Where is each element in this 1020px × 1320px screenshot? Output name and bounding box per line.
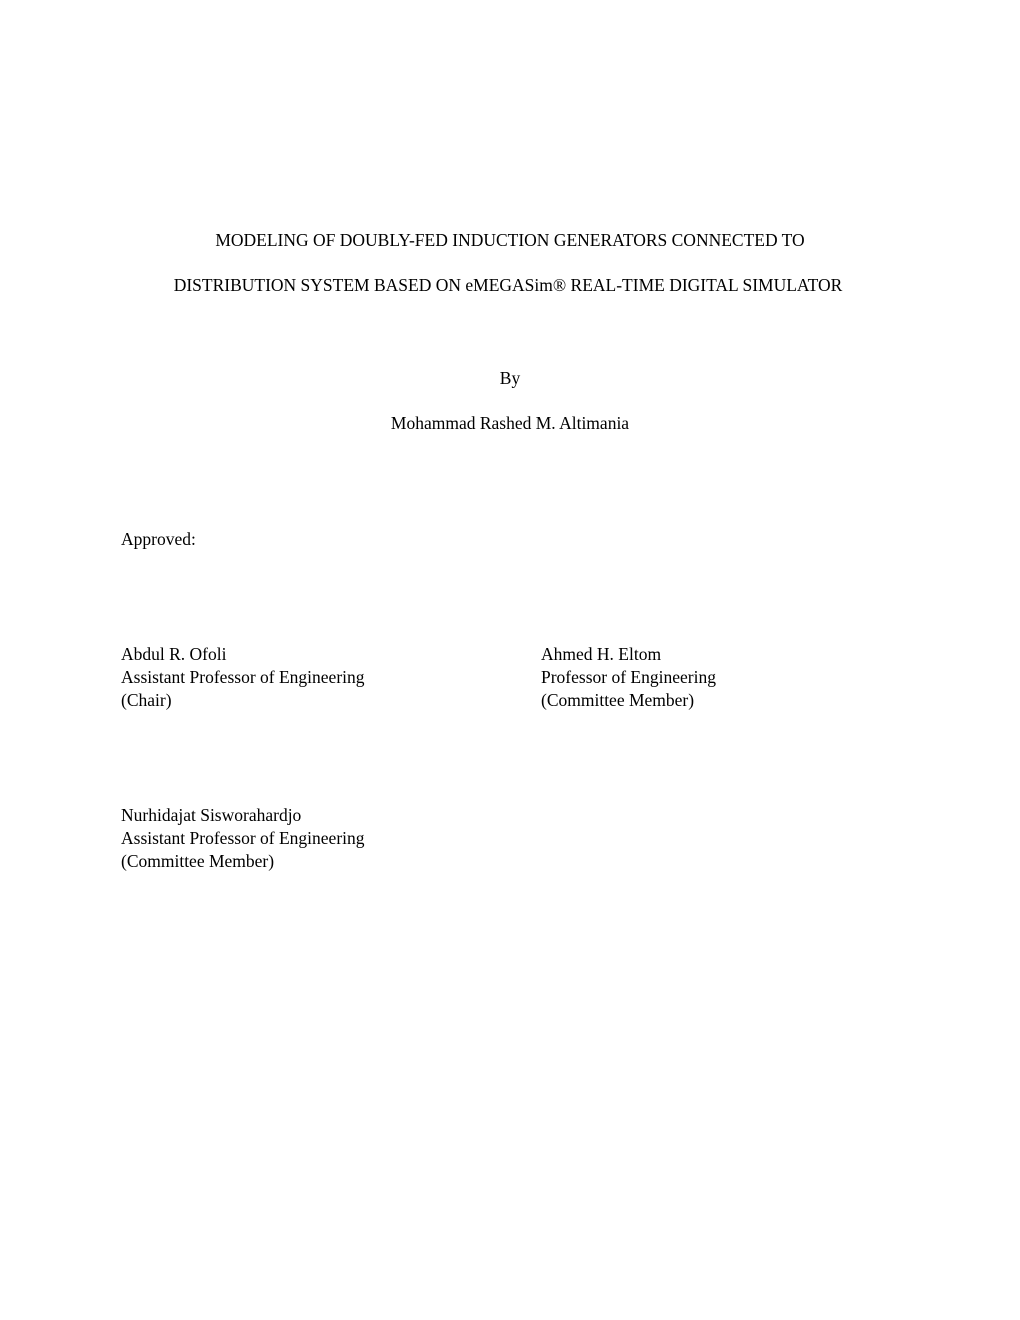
committee-member-chair: Abdul R. Ofoli Assistant Professor of En… xyxy=(121,643,365,712)
member-name: Nurhidajat Sisworahardjo xyxy=(121,804,365,827)
thesis-title-line-2: DISTRIBUTION SYSTEM BASED ON eMEGASim® R… xyxy=(0,274,1018,297)
member-name: Abdul R. Ofoli xyxy=(121,643,365,666)
member-role: (Committee Member) xyxy=(541,689,716,712)
member-title: Assistant Professor of Engineering xyxy=(121,827,365,850)
approved-label: Approved: xyxy=(121,528,196,551)
committee-member-3: Nurhidajat Sisworahardjo Assistant Profe… xyxy=(121,804,365,873)
committee-member-2: Ahmed H. Eltom Professor of Engineering … xyxy=(541,643,716,712)
member-role: (Committee Member) xyxy=(121,850,365,873)
member-role: (Chair) xyxy=(121,689,365,712)
member-name: Ahmed H. Eltom xyxy=(541,643,716,666)
thesis-title-line-1: MODELING OF DOUBLY-FED INDUCTION GENERAT… xyxy=(0,229,1020,252)
member-title: Professor of Engineering xyxy=(541,666,716,689)
author-name: Mohammad Rashed M. Altimania xyxy=(0,412,1020,435)
by-label: By xyxy=(0,367,1020,390)
member-title: Assistant Professor of Engineering xyxy=(121,666,365,689)
